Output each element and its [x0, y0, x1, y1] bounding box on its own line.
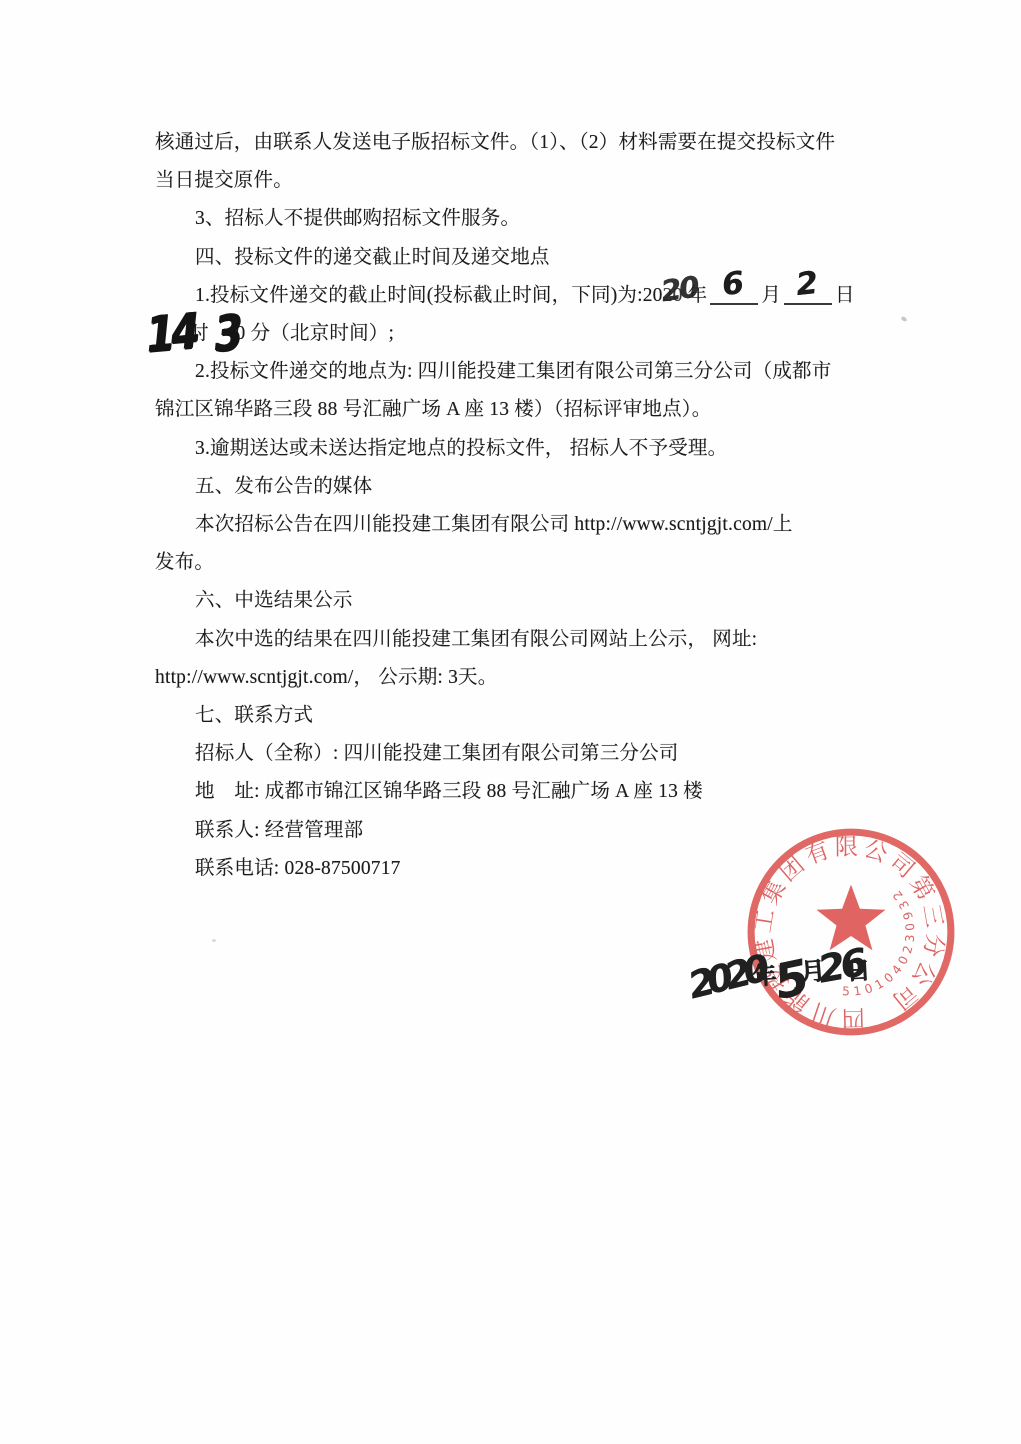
document-text-block: 核通过后，由联系人发送电子版招标文件。（1）、（2）材料需要在提交投标文件 当日… [155, 124, 881, 888]
section-heading: 五、发布公告的媒体 [155, 468, 881, 506]
text-line: 当日提交原件。 [155, 162, 881, 200]
scan-speck [212, 939, 216, 942]
handwritten-date-day-label: 日 [845, 950, 871, 986]
contact-bidder-line: 招标人（全称）: 四川能投建工集团有限公司第三分公司 [155, 735, 881, 773]
section-heading: 六、中选结果公示 [155, 582, 881, 620]
day-label: 日 [835, 285, 855, 306]
handwritten-minute: 3 [214, 321, 240, 347]
handwritten-day: 2 [794, 264, 820, 304]
deadline-line: 1.投标文件递交的截止时间(投标截止时间，下同)为:202020 年6月2日 [155, 277, 881, 315]
scan-speck [900, 316, 907, 323]
time-line: 14时30 分（北京时间）; [155, 315, 881, 353]
text-line: 3.逾期送达或未送达指定地点的投标文件， 招标人不予受理。 [155, 430, 881, 468]
text-line: 核通过后，由联系人发送电子版招标文件。（1）、（2）材料需要在提交投标文件 [155, 124, 881, 162]
text-line: http://www.scntjgjt.com/， 公示期: 3天。 [155, 659, 881, 697]
handwritten-month: 6 [720, 264, 746, 304]
deadline-printed-prefix: 1.投标文件递交的截止时间(投标截止时间，下同)为:20 [195, 285, 663, 306]
star-icon [816, 885, 885, 951]
month-label: 月 [761, 285, 781, 306]
year-overwrite: 2020 [663, 277, 683, 315]
text-line: 本次中选的结果在四川能投建工集团有限公司网站上公示， 网址: [155, 621, 881, 659]
text-line: 2.投标文件递交的地点为: 四川能投建工集团有限公司第三分公司（成都市 [155, 353, 881, 391]
text-line: 锦江区锦华路三段 88 号汇融广场 A 座 13 楼）（招标评审地点）。 [155, 391, 881, 429]
text-line: 本次招标公告在四川能投建工集团有限公司 http://www.scntjgjt.… [155, 506, 881, 544]
text-line: 发布。 [155, 544, 881, 582]
day-blank: 2 [784, 279, 832, 305]
month-blank: 6 [710, 279, 758, 305]
section-heading: 七、联系方式 [155, 697, 881, 735]
contact-address-line: 地 址: 成都市锦江区锦华路三段 88 号汇融广场 A 座 13 楼 [155, 773, 881, 811]
handwritten-hour: 14 [146, 320, 187, 348]
section-heading: 四、投标文件的递交截止时间及递交地点 [155, 239, 881, 277]
minute-printed-rest: 0 分（北京时间）; [236, 323, 395, 344]
company-seal-stamp: 四川能投建工集团有限公司第三分公司 5101040230932 [740, 821, 962, 1043]
handwritten-year-tail: 20 [658, 267, 699, 310]
scanned-document-page: 核通过后，由联系人发送电子版招标文件。（1）、（2）材料需要在提交投标文件 当日… [0, 0, 1021, 1444]
text-line: 3、招标人不提供邮购招标文件服务。 [155, 200, 881, 238]
